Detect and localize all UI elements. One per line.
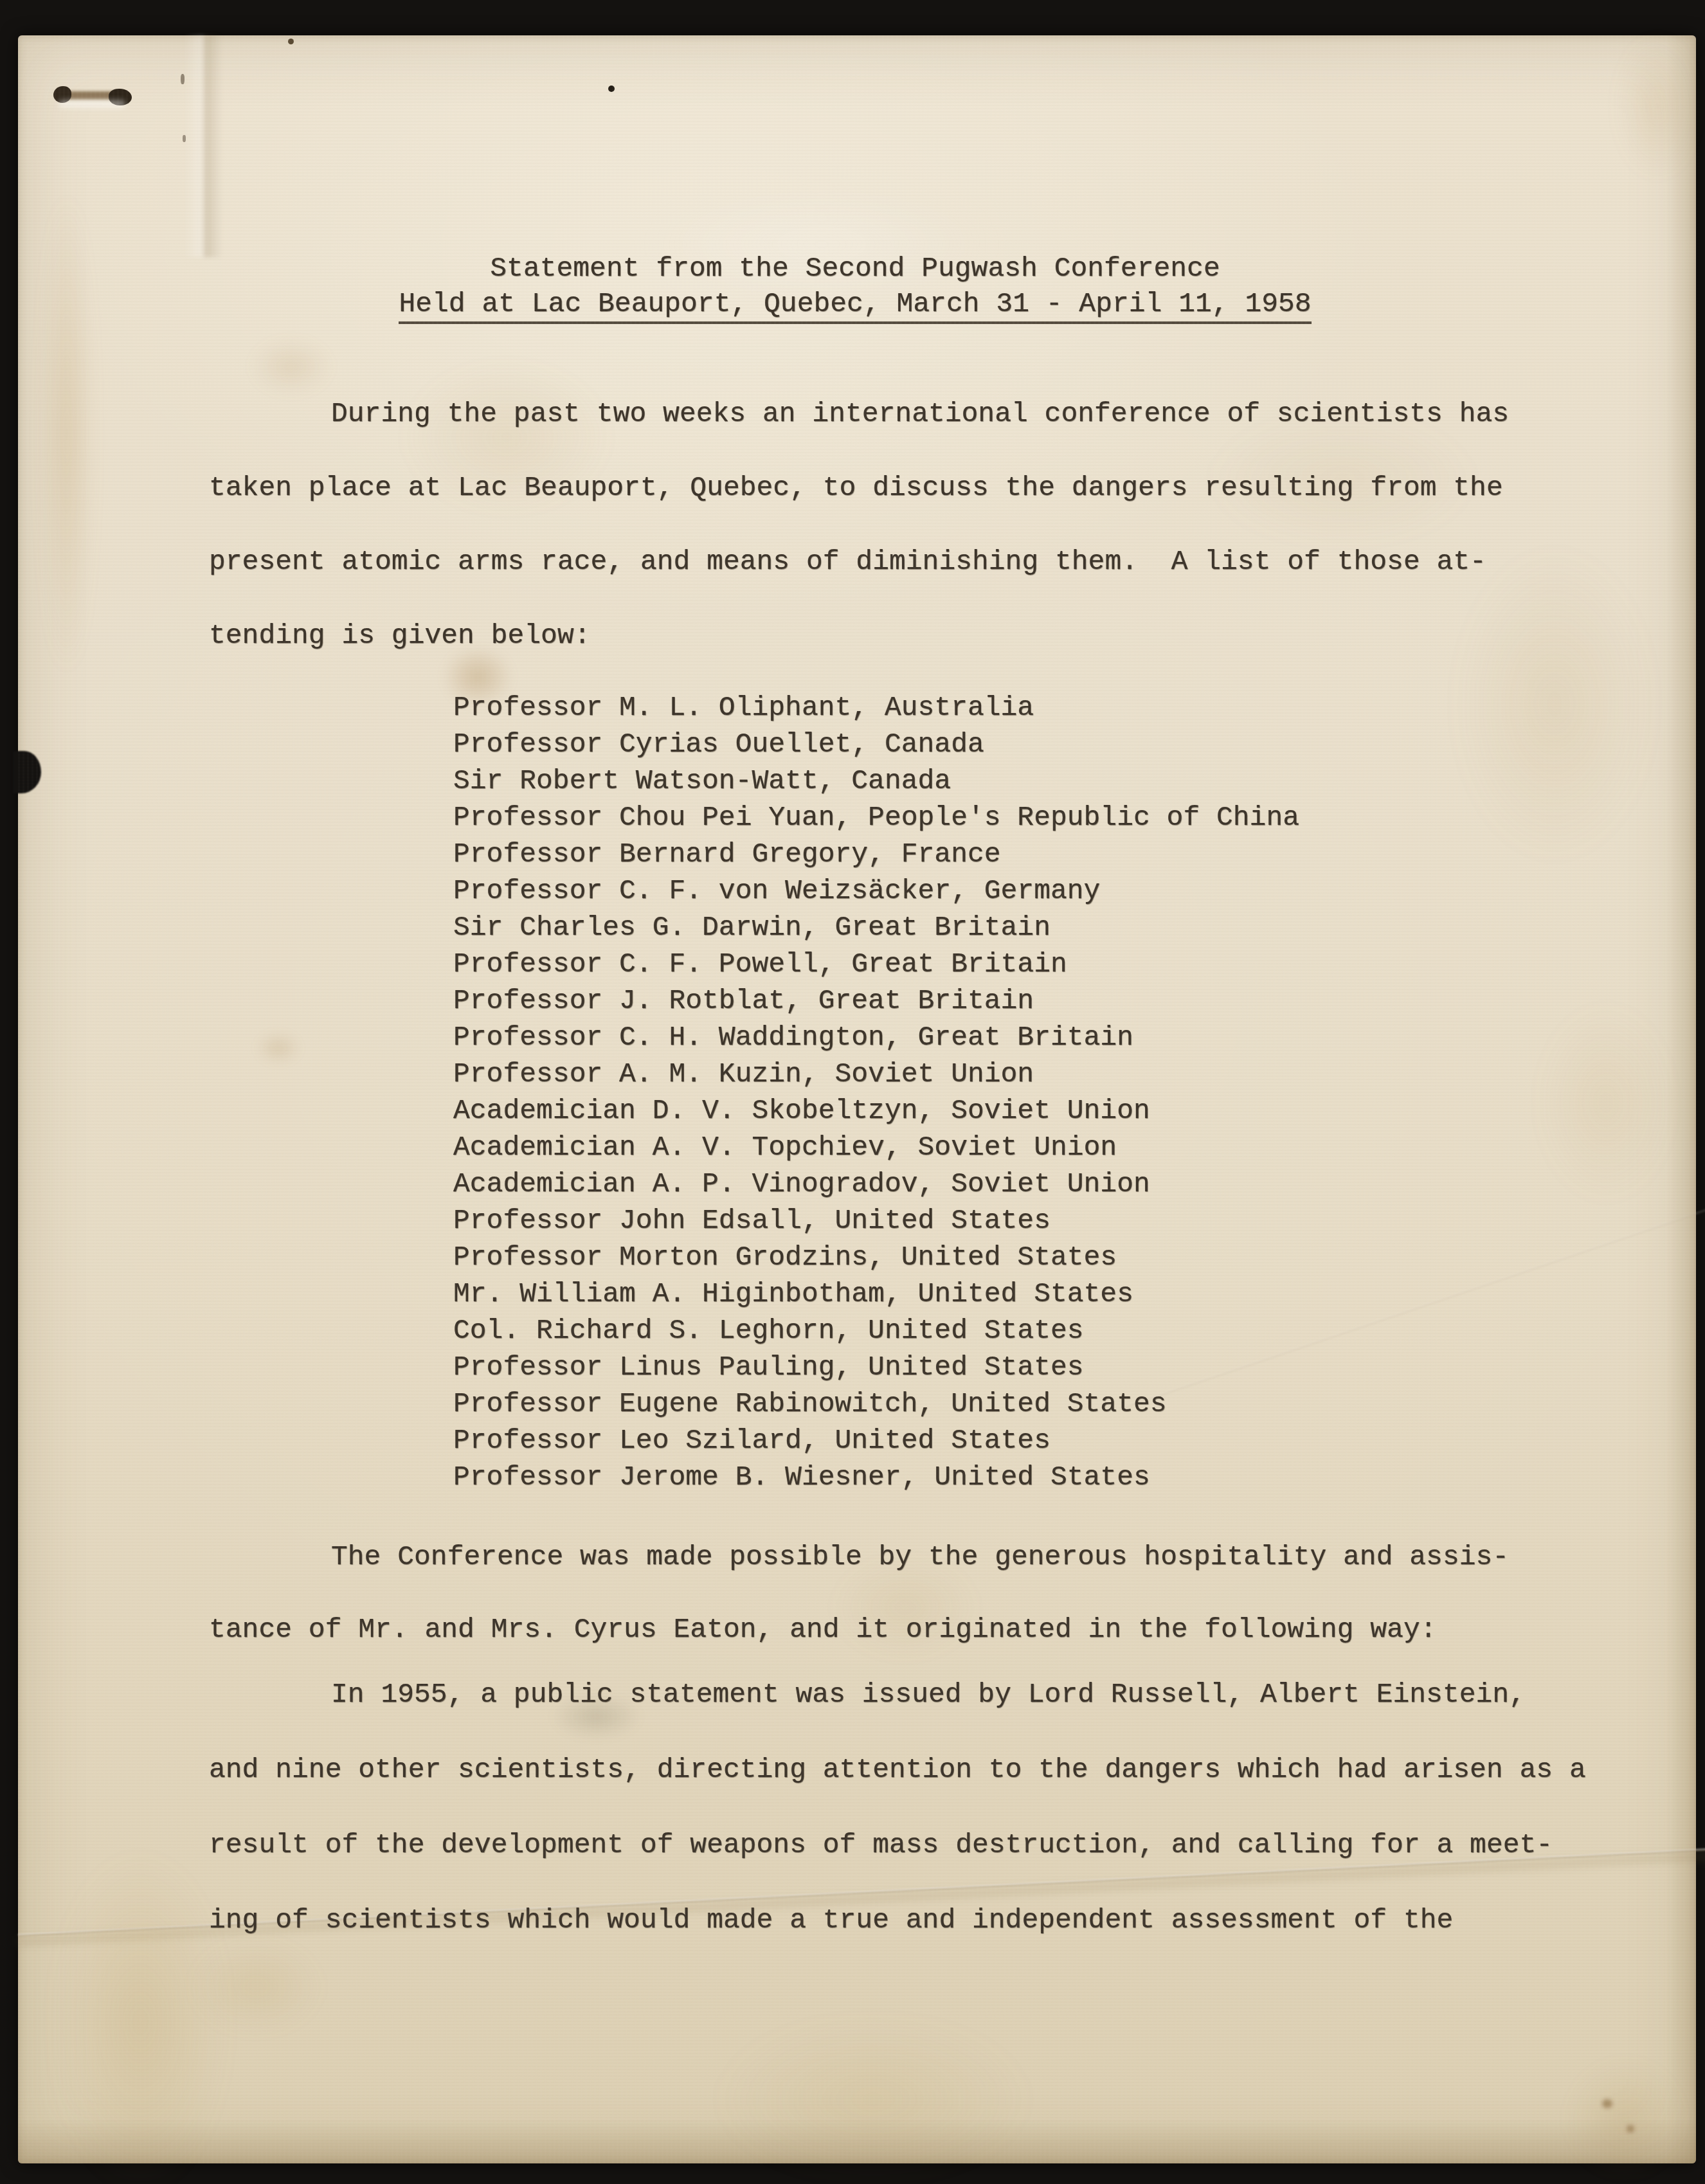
title-line-2-wrap: Held at Lac Beauport, Quebec, March 31 -…: [209, 286, 1501, 321]
paragraph-line: tending is given below:: [209, 599, 1662, 672]
stain: [1602, 2099, 1612, 2108]
speck: [608, 86, 615, 92]
bottom-edge-shade: [18, 2118, 1696, 2163]
paragraph-line: In 1955, a public statement was issued b…: [209, 1657, 1662, 1732]
staple-indent-highlight: [59, 100, 125, 108]
attendee-item: Professor Bernard Gregory, France: [453, 836, 1546, 872]
paragraph-line: result of the development of weapons of …: [209, 1807, 1662, 1882]
attendee-item: Professor Cyrias Ouellet, Canada: [453, 726, 1546, 763]
paragraph-line: and nine other scientists, directing att…: [209, 1732, 1662, 1807]
title-line-1: Statement from the Second Pugwash Confer…: [209, 251, 1501, 286]
stain: [41, 190, 93, 678]
paragraph-line: ing of scientists which would made a tru…: [209, 1882, 1662, 1958]
staple-mark: [53, 84, 137, 109]
attendee-item: Professor Jerome B. Wiesner, United Stat…: [453, 1459, 1546, 1495]
attendee-item: Mr. William A. Higinbotham, United State…: [453, 1276, 1546, 1312]
paragraph-line: taken place at Lac Beauport, Quebec, to …: [209, 451, 1662, 525]
document-title: Statement from the Second Pugwash Confer…: [209, 251, 1501, 321]
attendee-item: Col. Richard S. Leghorn, United States: [453, 1312, 1546, 1349]
right-edge-shade: [1666, 35, 1696, 2163]
intro-paragraph: During the past two weeks an internation…: [209, 377, 1662, 672]
stain: [1542, 1006, 1670, 1199]
title-line-2: Held at Lac Beauport, Quebec, March 31 -…: [399, 288, 1311, 324]
paragraph-line: present atomic arms race, and means of d…: [209, 525, 1662, 599]
hospitality-paragraph: The Conference was made possible by the …: [209, 1521, 1662, 1666]
attendee-list: Professor M. L. Oliphant, Australia Prof…: [453, 689, 1546, 1495]
speck: [288, 39, 294, 44]
attendee-item: Professor J. Rotblat, Great Britain: [453, 982, 1546, 1019]
attendee-item: Academician D. V. Skobeltzyn, Soviet Uni…: [453, 1092, 1546, 1129]
vertical-crease: [184, 35, 222, 257]
document-page: Statement from the Second Pugwash Confer…: [18, 35, 1696, 2163]
attendee-item: Academician A. V. Topchiev, Soviet Union: [453, 1129, 1546, 1166]
attendee-item: Professor Morton Grodzins, United States: [453, 1239, 1546, 1276]
attendee-item: Professor Leo Szilard, United States: [453, 1422, 1546, 1459]
attendee-item: Professor John Edsall, United States: [453, 1202, 1546, 1239]
speck: [183, 135, 186, 142]
attendee-item: Professor M. L. Oliphant, Australia: [453, 689, 1546, 726]
attendee-item: Professor C. F. Powell, Great Britain: [453, 946, 1546, 982]
paragraph-line: tance of Mr. and Mrs. Cyrus Eaton, and i…: [209, 1593, 1662, 1666]
speck: [181, 74, 185, 84]
attendee-item: Academician A. P. Vinogradov, Soviet Uni…: [453, 1166, 1546, 1202]
paragraph-line: The Conference was made possible by the …: [209, 1521, 1662, 1593]
attendee-item: Sir Charles G. Darwin, Great Britain: [453, 909, 1546, 946]
attendee-item: Professor Chou Pei Yuan, People's Republ…: [453, 799, 1546, 836]
paper-tear-notch: [13, 751, 41, 793]
attendee-item: Professor Eugene Rabinowitch, United Sta…: [453, 1385, 1546, 1422]
stain: [256, 1032, 301, 1064]
attendee-item: Professor C. F. von Weizsäcker, Germany: [453, 872, 1546, 909]
attendee-item: Professor A. M. Kuzin, Soviet Union: [453, 1056, 1546, 1092]
origin-paragraph: In 1955, a public statement was issued b…: [209, 1657, 1662, 1958]
attendee-item: Sir Robert Watson-Watt, Canada: [453, 763, 1546, 799]
attendee-item: Professor C. H. Waddington, Great Britai…: [453, 1019, 1546, 1056]
paragraph-line: During the past two weeks an internation…: [209, 377, 1662, 451]
scan-background: Statement from the Second Pugwash Confer…: [0, 0, 1705, 2184]
attendee-item: Professor Linus Pauling, United States: [453, 1349, 1546, 1385]
